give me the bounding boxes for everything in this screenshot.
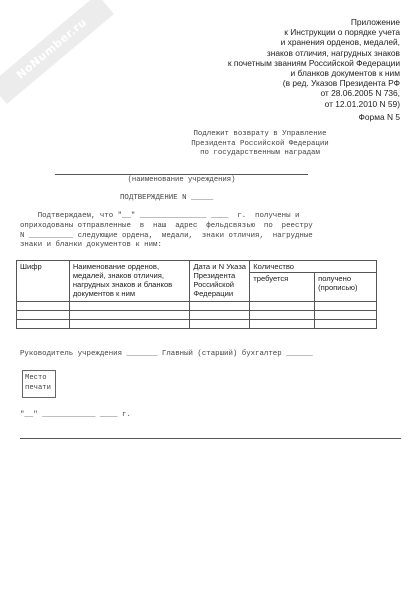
appendix-header: Приложение к Инструкции о порядке учета … (228, 17, 400, 109)
header-received: получено (прописью) (315, 273, 377, 302)
cell-required[interactable] (250, 320, 315, 329)
appendix-line: знаков отличия, нагрудных знаков (228, 48, 400, 58)
stamp-label-line1: Место (25, 374, 54, 384)
paragraph-line: оприходованы отправленные в наш адрес фе… (20, 222, 372, 232)
header-required: требуется (250, 273, 315, 302)
cell-code[interactable] (17, 302, 70, 311)
cell-received[interactable] (315, 302, 377, 311)
cell-decree[interactable] (190, 311, 250, 320)
date-line: "__" ____________ ____ г. (20, 411, 131, 419)
paragraph-line: Подтверждаем, что "__" _______________ _… (20, 212, 372, 222)
cell-code[interactable] (17, 320, 70, 329)
table-header-row: Шифр Наименование орденов, медалей, знак… (17, 261, 377, 273)
appendix-line: Приложение (228, 17, 400, 27)
return-note: Подлежит возврату в Управление Президент… (150, 130, 370, 159)
paragraph-line: знаки и бланки документов к ним: (20, 241, 372, 251)
header-code: Шифр (17, 261, 70, 302)
cell-name[interactable] (69, 311, 190, 320)
bottom-divider (20, 438, 401, 439)
cell-code[interactable] (17, 311, 70, 320)
table-row (17, 311, 377, 320)
confirmation-title: ПОДТВЕРЖДЕНИЕ N _____ (120, 194, 280, 202)
header-quantity: Количество (250, 261, 377, 273)
cell-required[interactable] (250, 302, 315, 311)
confirmation-paragraph: Подтверждаем, что "__" _______________ _… (20, 212, 372, 251)
stamp-place-box: Место печати (22, 370, 56, 398)
paragraph-line: N __________ следующие ордена, медали, з… (20, 232, 372, 242)
signatures-line: Руководитель учреждения _______ Главный … (20, 350, 313, 358)
return-note-line: Подлежит возврату в Управление (150, 130, 370, 140)
awards-table: Шифр Наименование орденов, медалей, знак… (16, 260, 377, 329)
appendix-line: к Инструкции о порядке учета (228, 27, 400, 37)
cell-name[interactable] (69, 320, 190, 329)
appendix-line: к почетным званиям Российской Федерации (228, 58, 400, 68)
form-number: Форма N 5 (359, 112, 400, 122)
institution-caption: (наименование учреждения) (55, 176, 308, 184)
appendix-line: от 12.01.2010 N 59) (228, 99, 400, 109)
table-row (17, 302, 377, 311)
cell-required[interactable] (250, 311, 315, 320)
cell-received[interactable] (315, 320, 377, 329)
header-decree: Дата и N Указа Президента Российской Фед… (190, 261, 250, 302)
cell-decree[interactable] (190, 320, 250, 329)
header-name: Наименование орденов, медалей, знаков от… (69, 261, 190, 302)
institution-name-line (55, 174, 308, 175)
appendix-line: и хранения орденов, медалей, (228, 37, 400, 47)
table-row (17, 320, 377, 329)
cell-name[interactable] (69, 302, 190, 311)
appendix-line: от 28.06.2005 N 736, (228, 88, 400, 98)
return-note-line: Президента Российской Федерации (150, 140, 370, 150)
cell-decree[interactable] (190, 302, 250, 311)
stamp-label-line2: печати (25, 384, 54, 394)
appendix-line: и бланков документов к ним (228, 68, 400, 78)
watermark: NoNumber.ru (0, 0, 114, 104)
cell-received[interactable] (315, 311, 377, 320)
appendix-line: (в ред. Указов Президента РФ (228, 78, 400, 88)
return-note-line: по государственным наградам (150, 149, 370, 159)
